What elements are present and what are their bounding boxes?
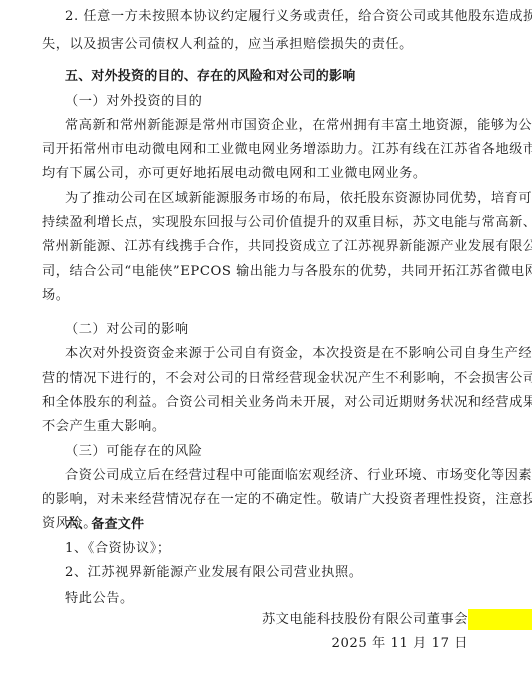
sub2-para-line: 不会产生重大影响。 [42, 419, 468, 435]
section-6-item: 1、《合资协议》； [65, 541, 468, 557]
sub1-para2-line: 常州新能源、江苏有线携手合作，共同投资成立了江苏视界新能源产业发展有限公 [42, 239, 468, 255]
sub1-para2-line: 司，结合公司“电能侠”EPCOS 输出能力与各股东的优势，共同开拓江苏省微电网市 [42, 264, 468, 280]
sub1-para1-line: 司开拓常州市电动微电网和工业微电网业务增添助力。江苏有线在江苏省各地级市 [42, 142, 468, 158]
sub3-para-line: 合资公司成立后在经营过程中可能面临宏观经济、行业环境、市场变化等因素 [65, 468, 468, 484]
sub1-para1-line: 常高新和常州新能源是常州市国资企业，在常州拥有丰富土地资源，能够为公 [65, 118, 468, 134]
sub1-para2-line: 为了推动公司在区域新能源服务市场的布局，依托股东资源协同优势，培育可 [65, 191, 468, 207]
section-6-heading: 六、备查文件 [65, 517, 468, 533]
sub2-para-line: 和全体股东的利益。合资公司相关业务尚未开展，对公司近期财务状况和经营成果 [42, 395, 468, 411]
section-6-item: 2、江苏视界新能源产业发展有限公司营业执照。 [65, 565, 468, 581]
section-5-heading: 五、对外投资的目的、存在的风险和对公司的影响 [65, 69, 468, 85]
clause-2-line-2: 失，以及损害公司债权人利益的，应当承担赔偿损失的责任。 [42, 37, 468, 53]
yellow-highlight [468, 609, 532, 630]
document-page: 2. 任意一方未按照本协议约定履行义务或责任，给合资公司或其他股东造成损 失，以… [0, 0, 532, 681]
section-5-sub1-heading: （一）对外投资的目的 [65, 94, 468, 110]
sub1-para2-line: 场。 [42, 288, 468, 304]
clause-2-line-1: 2. 任意一方未按照本协议约定履行义务或责任，给合资公司或其他股东造成损 [65, 9, 468, 25]
section-5-sub3-heading: （三）可能存在的风险 [65, 444, 468, 460]
sub1-para1-line: 均有下属公司，亦可更好地拓展电动微电网和工业微电网业务。 [42, 166, 468, 182]
sub1-para2-line: 持续盈利增长点，实现股东回报与公司价值提升的双重目标，苏文电能与常高新、 [42, 215, 468, 231]
section-5-sub2-heading: （二）对公司的影响 [65, 322, 468, 338]
sub2-para-line: 营的情况下进行的，不会对公司的日常经营现金状况产生不利影响，不会损害公司 [42, 371, 468, 387]
closing-text: 特此公告。 [65, 591, 468, 607]
sub3-para-line: 的影响，对未来经营情况存在一定的不确定性。敬请广大投资者理性投资，注意投 [42, 492, 468, 508]
signature-date: 2025 年 11 月 17 日 [332, 636, 468, 652]
signature-company: 苏文电能科技股份有限公司董事会 [262, 612, 468, 628]
sub2-para-line: 本次对外投资资金来源于公司自有资金，本次投资是在不影响公司自身生产经 [65, 346, 468, 362]
